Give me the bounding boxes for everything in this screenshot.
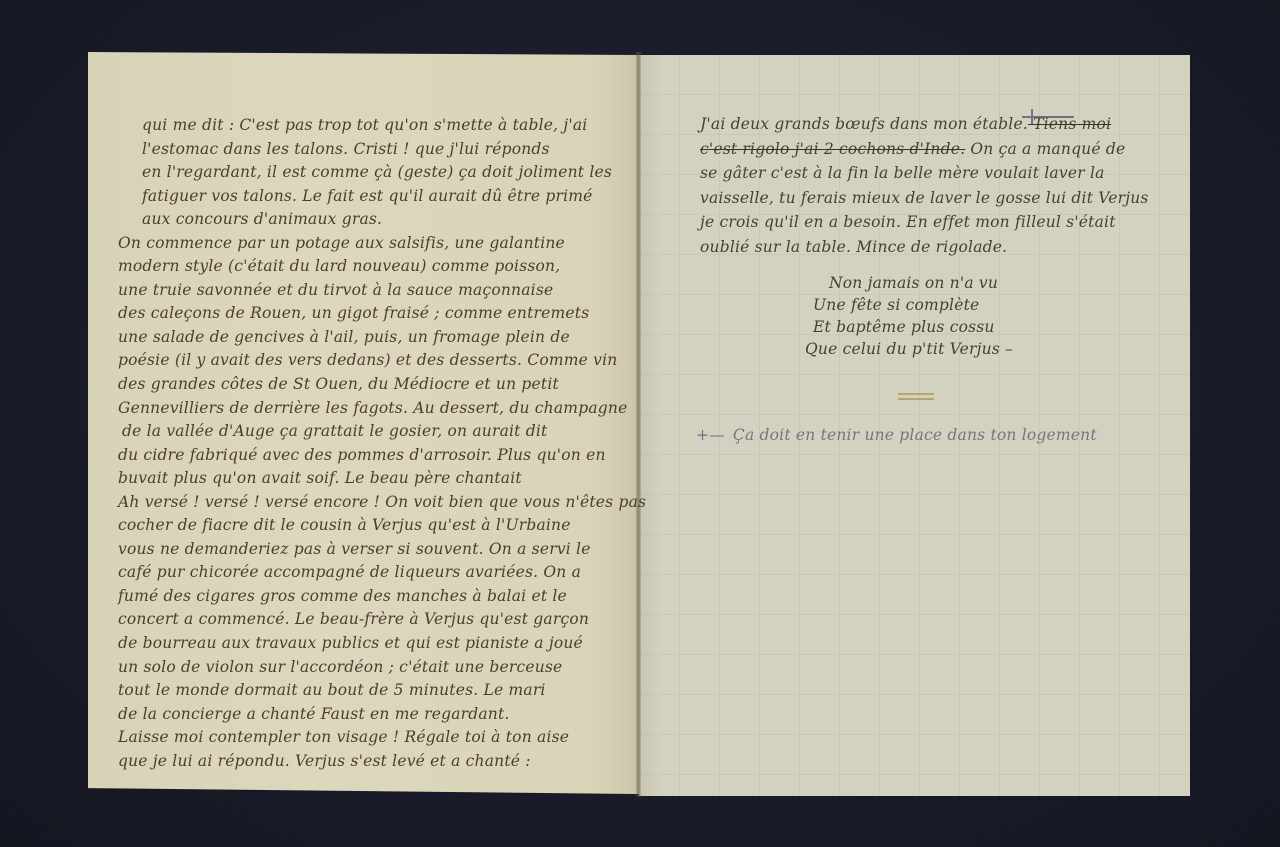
- text-line: une truie savonnée et du tirvot à la sau…: [118, 279, 632, 303]
- text-line: fatiguer vos talons. Le fait est qu'il a…: [142, 185, 632, 209]
- text-segment: J'ai deux grands bœufs dans mon étable.: [700, 115, 1028, 133]
- text-line: Ah versé ! versé ! versé encore ! On voi…: [118, 491, 632, 515]
- text-line: des caleçons de Rouen, un gigot fraisé ;…: [118, 302, 632, 326]
- poem-line: Et baptême plus cossu: [813, 316, 1065, 338]
- text-line: que je lui ai répondu. Verjus s'est levé…: [118, 750, 632, 774]
- note-cross-mark-icon: +—: [696, 424, 725, 446]
- text-line: poésie (il y avait des vers dedans) et d…: [118, 349, 632, 373]
- struck-text: c'est rigolo j'ai 2 cochons d'Inde.: [700, 140, 965, 158]
- text-line: fumé des cigares gros comme des manches …: [118, 585, 632, 609]
- text-line: Gennevilliers de derrière les fagots. Au…: [118, 397, 632, 421]
- text-line: c'est rigolo j'ai 2 cochons d'Inde. On ç…: [700, 137, 1170, 162]
- text-line: cocher de fiacre dit le cousin à Verjus …: [118, 514, 632, 538]
- text-line: du cidre fabriqué avec des pommes d'arro…: [118, 444, 632, 468]
- text-line: oublié sur la table. Mince de rigolade.: [700, 235, 1170, 260]
- text-line: modern style (c'était du lard nouveau) c…: [118, 255, 632, 279]
- text-line: café pur chicorée accompagné de liqueurs…: [118, 561, 632, 585]
- text-line: se gâter c'est à la fin la belle mère vo…: [700, 161, 1170, 186]
- text-line: de bourreau aux travaux publics et qui e…: [118, 632, 632, 656]
- poem-line: Une fête si complète: [813, 294, 1065, 316]
- text-line: Laisse moi contempler ton visage ! Régal…: [118, 726, 632, 750]
- left-page-text: qui me dit : C'est pas trop tot qu'on s'…: [142, 114, 632, 773]
- text-line: vaisselle, tu ferais mieux de laver le g…: [700, 186, 1170, 211]
- double-line-divider: [898, 393, 934, 402]
- text-line: des grandes côtes de St Ouen, du Médiocr…: [118, 373, 632, 397]
- pencil-note: +—Ça doit en tenir une place dans ton lo…: [696, 424, 1166, 446]
- text-line: en l'regardant, il est comme çà (geste) …: [142, 161, 632, 185]
- text-line: J'ai deux grands bœufs dans mon étable. …: [700, 112, 1170, 137]
- document-scene: qui me dit : C'est pas trop tot qu'on s'…: [0, 0, 1280, 847]
- text-line: buvait plus qu'on avait soif. Le beau pè…: [118, 467, 632, 491]
- text-line: une salade de gencives à l'ail, puis, un…: [118, 326, 632, 350]
- text-line: je crois qu'il en a besoin. En effet mon…: [700, 210, 1170, 235]
- poem-line: Non jamais on n'a vu: [829, 272, 1065, 294]
- note-text: Ça doit en tenir une place dans ton loge…: [733, 426, 1097, 444]
- text-line: de la concierge a chanté Faust en me reg…: [118, 703, 632, 727]
- text-line: qui me dit : C'est pas trop tot qu'on s'…: [142, 114, 632, 138]
- notebook-fold: [636, 52, 641, 797]
- text-segment: On ça a manqué de: [965, 140, 1125, 158]
- poem-line: Que celui du p'tit Verjus –: [805, 338, 1065, 360]
- text-line: vous ne demanderiez pas à verser si souv…: [118, 538, 632, 562]
- poem-stanza: Non jamais on n'a vu Une fête si complèt…: [805, 272, 1065, 360]
- text-line: On commence par un potage aux salsifis, …: [118, 232, 632, 256]
- right-page-text: J'ai deux grands bœufs dans mon étable. …: [700, 112, 1170, 259]
- text-line: l'estomac dans les talons. Cristi ! que …: [142, 138, 632, 162]
- text-line: aux concours d'animaux gras.: [142, 208, 632, 232]
- text-line: concert a commencé. Le beau-frère à Verj…: [118, 608, 632, 632]
- text-line: tout le monde dormait au bout de 5 minut…: [118, 679, 632, 703]
- struck-text: Tiens moi: [1028, 115, 1111, 133]
- text-line: un solo de violon sur l'accordéon ; c'ét…: [118, 656, 632, 680]
- text-line: de la vallée d'Auge ça grattait le gosie…: [122, 420, 632, 444]
